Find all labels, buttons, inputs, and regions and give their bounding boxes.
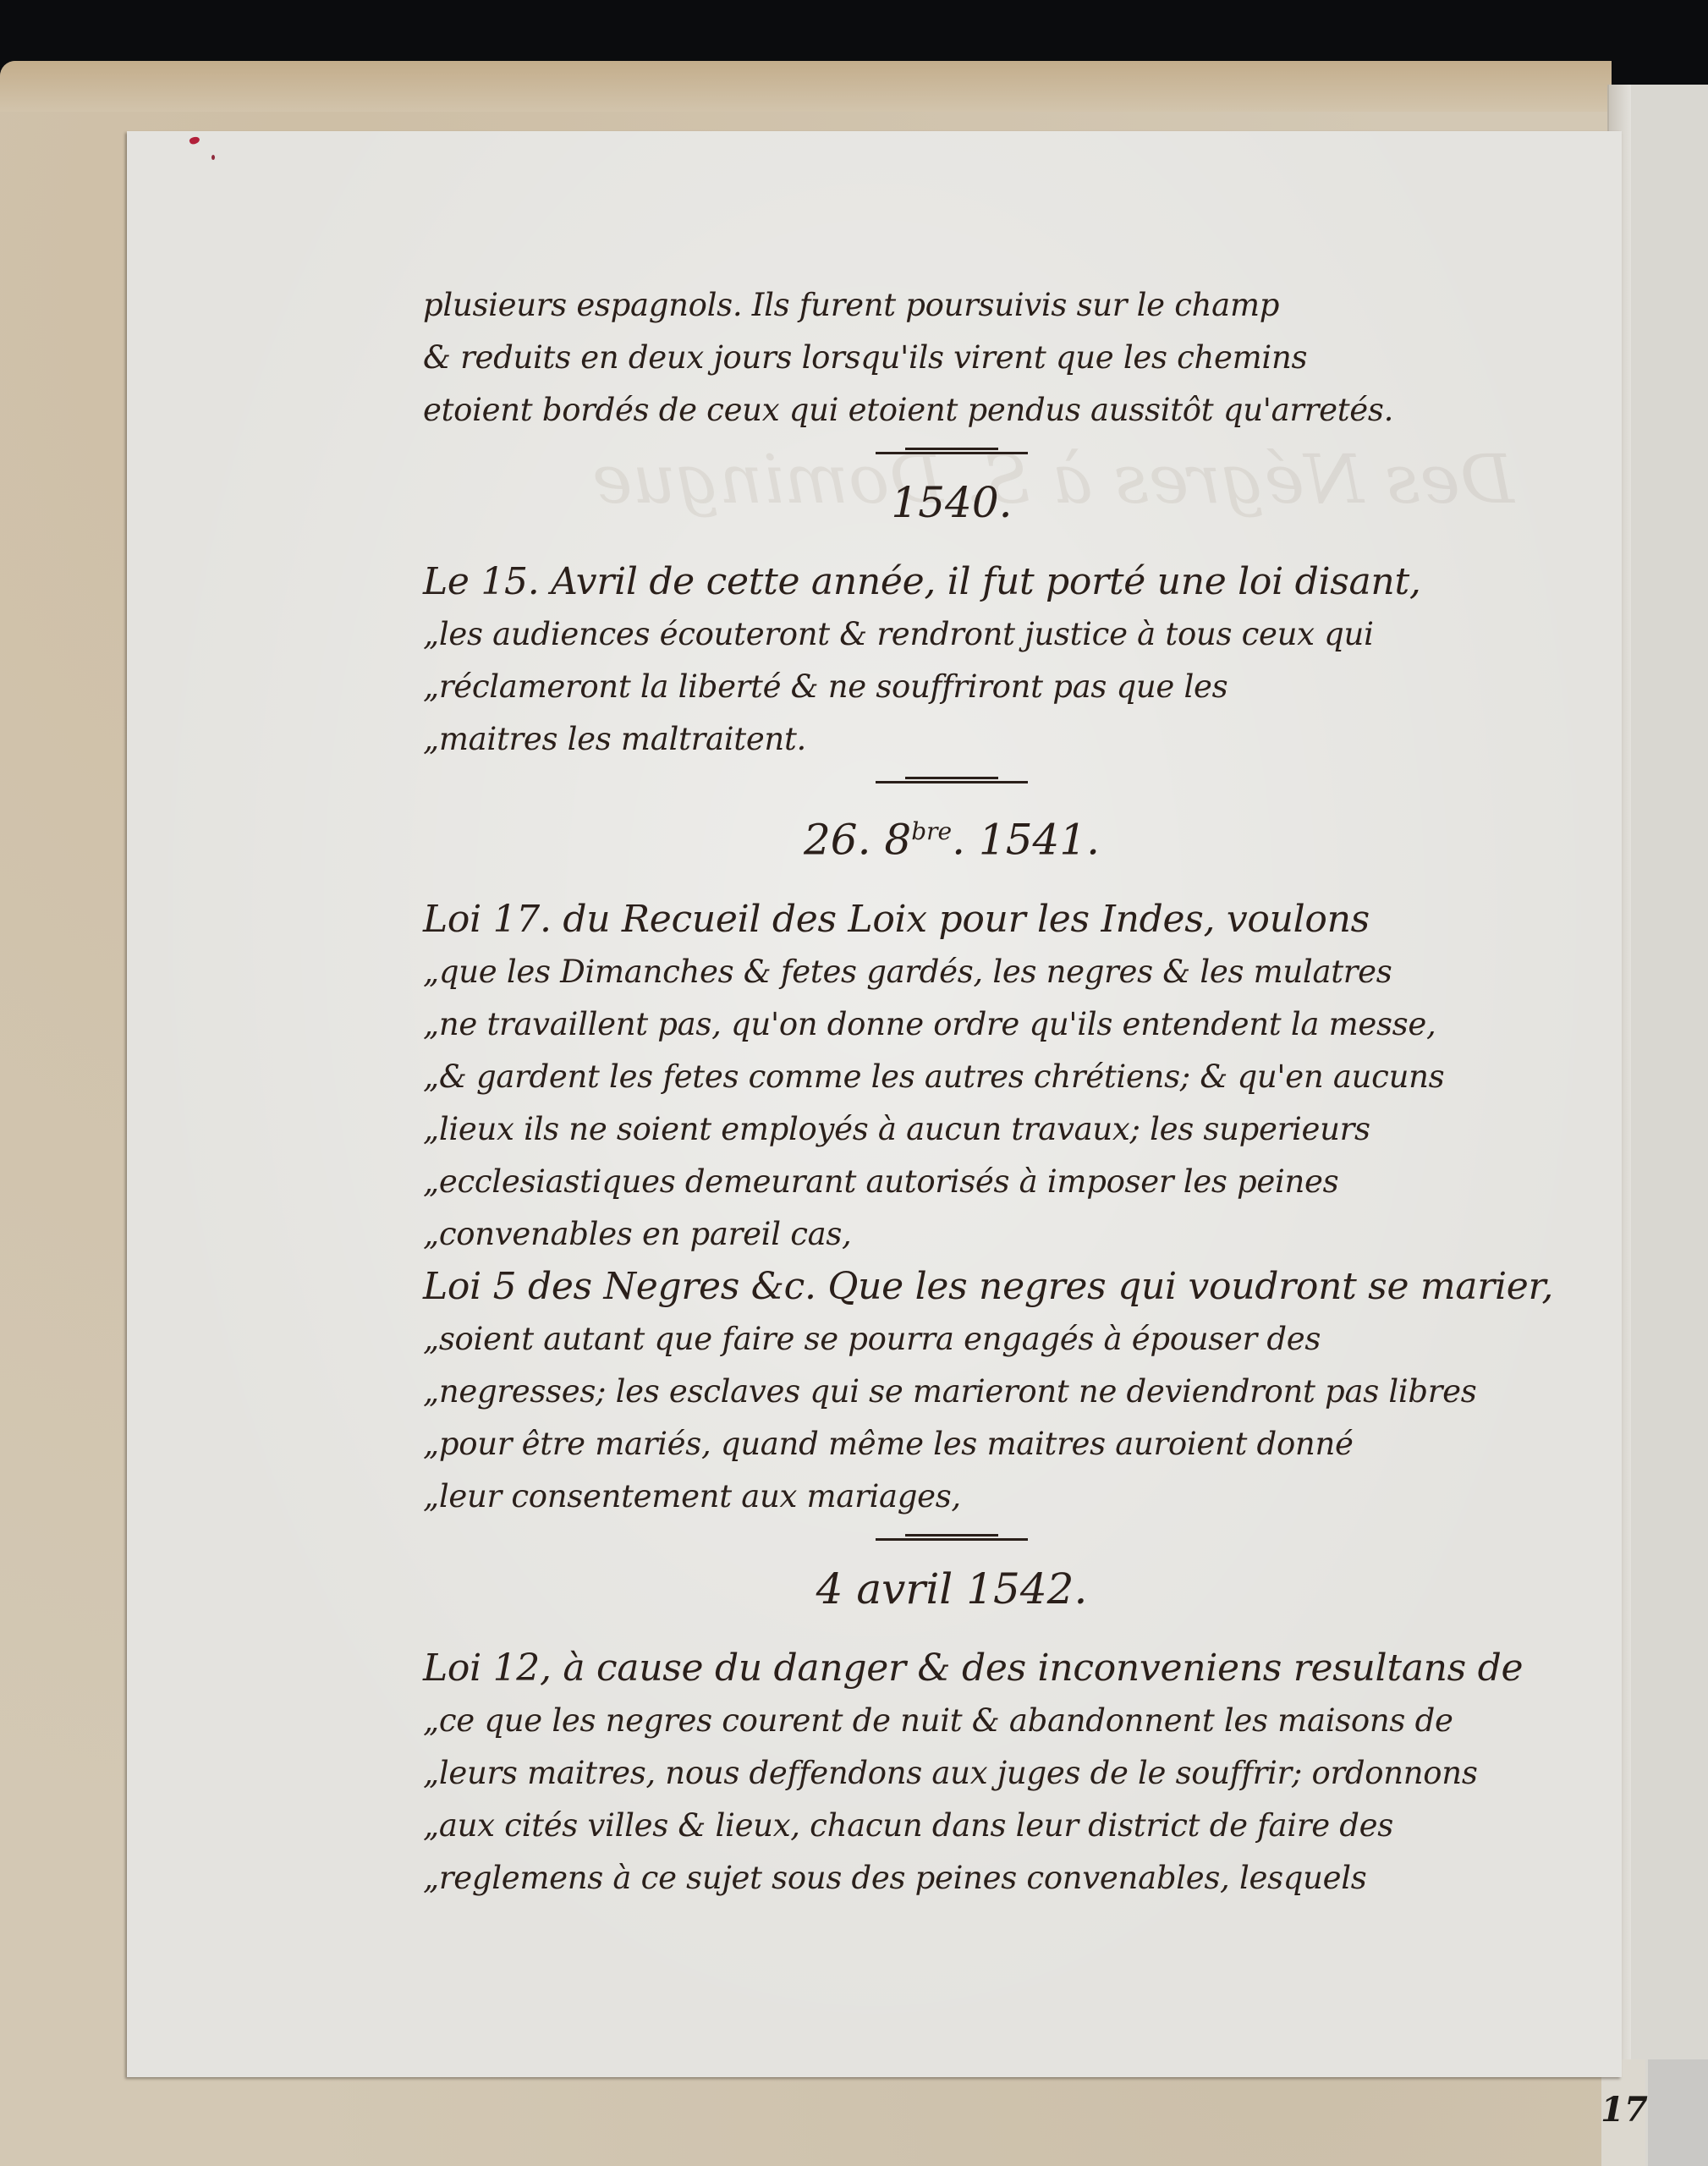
section-heading-1540: 1540. [423,465,1480,541]
heading-day: 26. [804,816,871,865]
adjacent-page-edge [1607,85,1708,2166]
text-line: „que les Dimanches & fetes gardés, les n… [423,946,1480,998]
mounting-board-worn-edge [0,61,1612,112]
section-1542: Loi 12, à cause du danger & des inconven… [423,1642,1480,1905]
section-1541: Loi 17. du Recueil des Loix pour les Ind… [423,893,1480,1523]
text-line: etoient bordés de ceux qui etoient pendu… [423,384,1480,437]
text-line: „leurs maitres, nous deffendons aux juge… [423,1747,1480,1800]
text-line: „aux cités villes & lieux, chacun dans l… [423,1800,1480,1852]
text-line: „réclameront la liberté & ne souffriront… [423,661,1480,713]
text-line: plusieurs espagnols. Ils furent poursuiv… [423,279,1480,332]
continuation-paragraph: plusieurs espagnols. Ils furent poursuiv… [423,279,1480,437]
text-line: Loi 12, à cause du danger & des inconven… [423,1642,1480,1695]
page-number: 17 [1599,2090,1650,2130]
section-1540: Le 15. Avril de cette année, il fut port… [423,556,1480,766]
text-line: „maitres les maltraitent. [423,713,1480,766]
section-divider [876,1538,1028,1546]
text-line: Le 15. Avril de cette année, il fut port… [423,556,1480,608]
text-line: & reduits en deux jours lorsqu'ils viren… [423,332,1480,384]
section-divider [876,781,1028,789]
text-line: „ne travaillent pas, qu'on donne ordre q… [423,998,1480,1051]
text-line: „leur consentement aux mariages, [423,1471,1480,1523]
manuscript-text: plusieurs espagnols. Ils furent poursuiv… [423,279,1480,1918]
red-ink-dot [211,155,215,160]
section-heading-1542: 4 avril 1542. [423,1551,1480,1627]
text-line: „soient autant que faire se pourra engag… [423,1313,1480,1366]
heading-month-abbrev: bre [911,817,952,845]
text-line: „negresses; les esclaves qui se marieron… [423,1366,1480,1418]
text-line: „ecclesiastiques demeurant autorisés à i… [423,1156,1480,1208]
heading-year: . 1541. [952,816,1100,865]
text-line: „reglemens à ce sujet sous des peines co… [423,1852,1480,1905]
text-line: „& gardent les fetes comme les autres ch… [423,1051,1480,1103]
text-line: Loi 17. du Recueil des Loix pour les Ind… [423,893,1480,946]
gray-backing [1648,2059,1708,2166]
section-heading-1541: 26. 8bre. 1541. [423,794,1480,878]
text-line: „convenables en pareil cas, [423,1208,1480,1261]
text-line: „ce que les negres courent de nuit & aba… [423,1695,1480,1747]
section-divider [876,452,1028,459]
text-line: Loi 5 des Negres &c. Que les negres qui … [423,1261,1480,1313]
heading-month: 8 [884,816,911,865]
text-line: „pour être mariés, quand même les maitre… [423,1418,1480,1471]
text-line: „lieux ils ne soient employés à aucun tr… [423,1103,1480,1156]
text-line: „les audiences écouteront & rendront jus… [423,608,1480,661]
